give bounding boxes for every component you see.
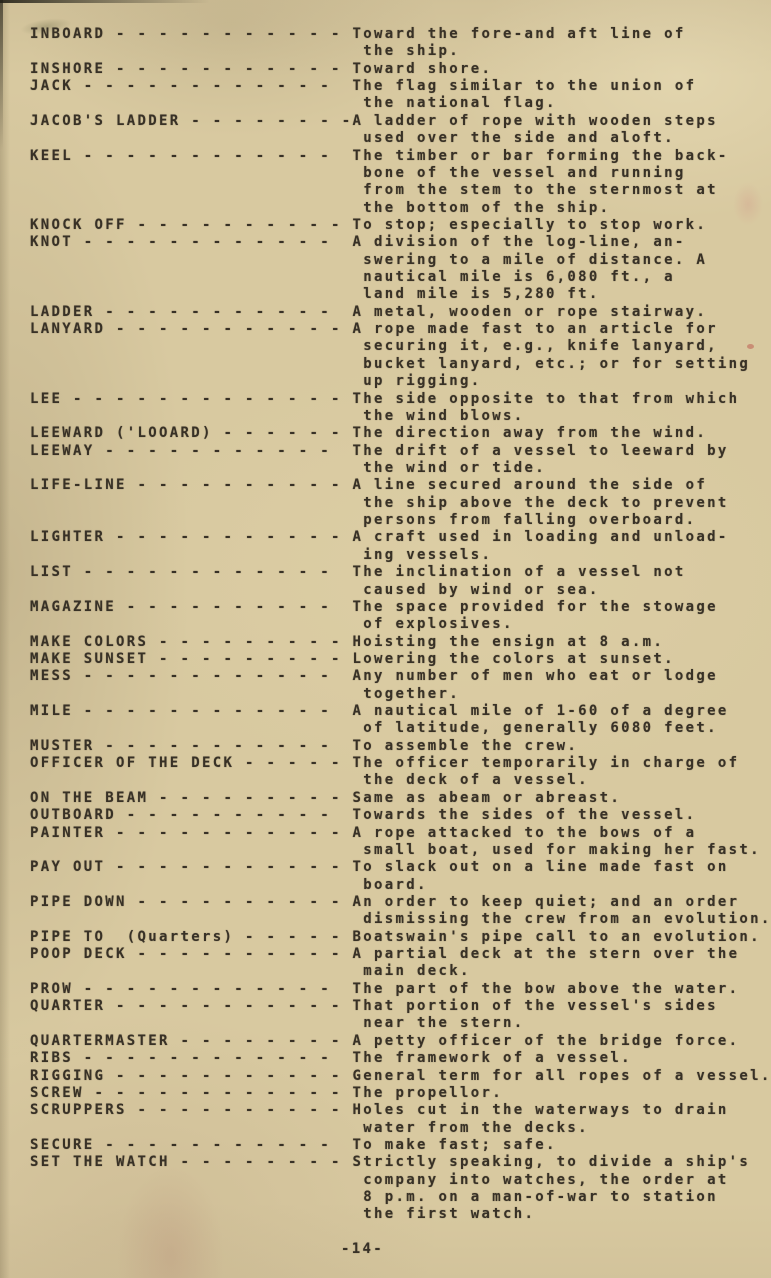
entry-term-line: ON THE BEAM - - - - - - - - - Same as ab… <box>30 790 771 807</box>
entry-term-line: QUARTERMASTER - - - - - - - - A petty of… <box>30 1033 771 1050</box>
entry-term-line: LEEWARD ('LOOARD) - - - - - - The direct… <box>30 425 771 442</box>
glossary-entry: INBOARD - - - - - - - - - - - Toward the… <box>30 26 771 61</box>
entry-continuation-line: up rigging. <box>30 373 771 390</box>
entry-continuation-line: the first watch. <box>30 1206 771 1223</box>
entry-term-line: LANYARD - - - - - - - - - - - A rope mad… <box>30 321 771 338</box>
entry-continuation-line: bucket lanyard, etc.; or for setting <box>30 356 771 373</box>
glossary-entry: QUARTER - - - - - - - - - - - That porti… <box>30 998 771 1033</box>
glossary-entry: POOP DECK - - - - - - - - - - A partial … <box>30 946 771 981</box>
glossary-list: INBOARD - - - - - - - - - - - Toward the… <box>30 26 771 1224</box>
entry-term-line: POOP DECK - - - - - - - - - - A partial … <box>30 946 771 963</box>
entry-term-line: MAGAZINE - - - - - - - - - - The space p… <box>30 599 771 616</box>
entry-continuation-line: board. <box>30 877 771 894</box>
entry-term-line: INSHORE - - - - - - - - - - - Toward sho… <box>30 61 771 78</box>
entry-term-line: RIGGING - - - - - - - - - - - General te… <box>30 1068 771 1085</box>
entry-term-line: LEE - - - - - - - - - - - - - The side o… <box>30 391 771 408</box>
entry-continuation-line: caused by wind or sea. <box>30 582 771 599</box>
entry-continuation-line: 8 p.m. on a man-of-war to station <box>30 1189 771 1206</box>
glossary-entry: SCREW - - - - - - - - - - - - The propel… <box>30 1085 771 1102</box>
entry-term-line: PAINTER - - - - - - - - - - - A rope att… <box>30 825 771 842</box>
entry-continuation-line: land mile is 5,280 ft. <box>30 286 771 303</box>
scanned-page: INBOARD - - - - - - - - - - - Toward the… <box>0 0 771 1278</box>
glossary-entry: RIBS - - - - - - - - - - - - The framewo… <box>30 1050 771 1067</box>
entry-term-line: LEEWAY - - - - - - - - - - - The drift o… <box>30 443 771 460</box>
scan-left-edge-dark <box>0 0 3 150</box>
entry-continuation-line: used over the side and aloft. <box>30 130 771 147</box>
entry-continuation-line: the national flag. <box>30 95 771 112</box>
entry-term-line: SCREW - - - - - - - - - - - - The propel… <box>30 1085 771 1102</box>
entry-continuation-line: of explosives. <box>30 616 771 633</box>
entry-continuation-line: the deck of a vessel. <box>30 772 771 789</box>
entry-term-line: MILE - - - - - - - - - - - - A nautical … <box>30 703 771 720</box>
glossary-entry: LEEWAY - - - - - - - - - - - The drift o… <box>30 443 771 478</box>
entry-term-line: KNOT - - - - - - - - - - - - A division … <box>30 234 771 251</box>
entry-term-line: JACOB'S LADDER - - - - - - - -A ladder o… <box>30 113 771 130</box>
glossary-entry: KNOCK OFF - - - - - - - - - - To stop; e… <box>30 217 771 234</box>
entry-continuation-line: from the stem to the sternmost at <box>30 182 771 199</box>
glossary-entry: LEE - - - - - - - - - - - - - The side o… <box>30 391 771 426</box>
glossary-entry: LADDER - - - - - - - - - - - A metal, wo… <box>30 304 771 321</box>
glossary-entry: MAKE COLORS - - - - - - - - - Hoisting t… <box>30 634 771 651</box>
entry-continuation-line: company into watches, the order at <box>30 1172 771 1189</box>
entry-continuation-line: nautical mile is 6,080 ft., a <box>30 269 771 286</box>
entry-term-line: OFFICER OF THE DECK - - - - - The office… <box>30 755 771 772</box>
entry-continuation-line: the wind blows. <box>30 408 771 425</box>
glossary-entry: JACK - - - - - - - - - - - - The flag si… <box>30 78 771 113</box>
entry-continuation-line: ing vessels. <box>30 547 771 564</box>
glossary-entry: LIFE-LINE - - - - - - - - - - A line sec… <box>30 477 771 529</box>
entry-continuation-line: securing it, e.g., knife lanyard, <box>30 338 771 355</box>
glossary-entry: ON THE BEAM - - - - - - - - - Same as ab… <box>30 790 771 807</box>
glossary-entry: OUTBOARD - - - - - - - - - - Towards the… <box>30 807 771 824</box>
glossary-entry: OFFICER OF THE DECK - - - - - The office… <box>30 755 771 790</box>
glossary-entry: MILE - - - - - - - - - - - - A nautical … <box>30 703 771 738</box>
entry-term-line: PIPE DOWN - - - - - - - - - - An order t… <box>30 894 771 911</box>
entry-continuation-line: the ship above the deck to prevent <box>30 495 771 512</box>
glossary-entry: LIST - - - - - - - - - - - - The inclina… <box>30 564 771 599</box>
entry-term-line: SCRUPPERS - - - - - - - - - - Holes cut … <box>30 1102 771 1119</box>
glossary-entry: KNOT - - - - - - - - - - - - A division … <box>30 234 771 303</box>
entry-term-line: PAY OUT - - - - - - - - - - - To slack o… <box>30 859 771 876</box>
entry-continuation-line: the ship. <box>30 43 771 60</box>
glossary-entry: PAINTER - - - - - - - - - - - A rope att… <box>30 825 771 860</box>
scan-left-edge-shadow <box>0 0 10 1278</box>
glossary-entry: MUSTER - - - - - - - - - - - To assemble… <box>30 738 771 755</box>
glossary-entry: PIPE TO (Quarters) - - - - - Boatswain's… <box>30 929 771 946</box>
entry-term-line: LADDER - - - - - - - - - - - A metal, wo… <box>30 304 771 321</box>
glossary-entry: PROW - - - - - - - - - - - - The part of… <box>30 981 771 998</box>
entry-term-line: INBOARD - - - - - - - - - - - Toward the… <box>30 26 771 43</box>
entry-term-line: RIBS - - - - - - - - - - - - The framewo… <box>30 1050 771 1067</box>
entry-term-line: LIGHTER - - - - - - - - - - - A craft us… <box>30 529 771 546</box>
entry-term-line: LIFE-LINE - - - - - - - - - - A line sec… <box>30 477 771 494</box>
entry-continuation-line: dismissing the crew from an evolution. <box>30 911 771 928</box>
glossary-entry: LANYARD - - - - - - - - - - - A rope mad… <box>30 321 771 390</box>
glossary-entry: MESS - - - - - - - - - - - - Any number … <box>30 668 771 703</box>
glossary-entry: SECURE - - - - - - - - - - - To make fas… <box>30 1137 771 1154</box>
glossary-entry: LEEWARD ('LOOARD) - - - - - - The direct… <box>30 425 771 442</box>
entry-continuation-line: water from the decks. <box>30 1120 771 1137</box>
entry-continuation-line: bone of the vessel and running <box>30 165 771 182</box>
glossary-entry: INSHORE - - - - - - - - - - - Toward sho… <box>30 61 771 78</box>
scan-top-edge-strip <box>0 0 210 3</box>
entry-term-line: JACK - - - - - - - - - - - - The flag si… <box>30 78 771 95</box>
entry-term-line: SET THE WATCH - - - - - - - - Strictly s… <box>30 1154 771 1171</box>
entry-continuation-line: together. <box>30 686 771 703</box>
glossary-entry: JACOB'S LADDER - - - - - - - -A ladder o… <box>30 113 771 148</box>
entry-continuation-line: the bottom of the ship. <box>30 200 771 217</box>
entry-term-line: OUTBOARD - - - - - - - - - - Towards the… <box>30 807 771 824</box>
entry-continuation-line: of latitude, generally 6080 feet. <box>30 720 771 737</box>
entry-term-line: MAKE COLORS - - - - - - - - - Hoisting t… <box>30 634 771 651</box>
entry-term-line: KEEL - - - - - - - - - - - - The timber … <box>30 148 771 165</box>
glossary-entry: MAKE SUNSET - - - - - - - - - Lowering t… <box>30 651 771 668</box>
entry-continuation-line: the wind or tide. <box>30 460 771 477</box>
glossary-entry: PIPE DOWN - - - - - - - - - - An order t… <box>30 894 771 929</box>
entry-continuation-line: persons from falling overboard. <box>30 512 771 529</box>
entry-term-line: MUSTER - - - - - - - - - - - To assemble… <box>30 738 771 755</box>
glossary-entry: KEEL - - - - - - - - - - - - The timber … <box>30 148 771 217</box>
glossary-entry: PAY OUT - - - - - - - - - - - To slack o… <box>30 859 771 894</box>
entry-term-line: PROW - - - - - - - - - - - - The part of… <box>30 981 771 998</box>
entry-continuation-line: small boat, used for making her fast. <box>30 842 771 859</box>
glossary-entry: MAGAZINE - - - - - - - - - - The space p… <box>30 599 771 634</box>
entry-continuation-line: swering to a mile of distance. A <box>30 252 771 269</box>
entry-term-line: MESS - - - - - - - - - - - - Any number … <box>30 668 771 685</box>
entry-term-line: MAKE SUNSET - - - - - - - - - Lowering t… <box>30 651 771 668</box>
entry-term-line: SECURE - - - - - - - - - - - To make fas… <box>30 1137 771 1154</box>
page-number: -14- <box>341 1241 384 1258</box>
entry-continuation-line: main deck. <box>30 963 771 980</box>
glossary-entry: LIGHTER - - - - - - - - - - - A craft us… <box>30 529 771 564</box>
entry-term-line: KNOCK OFF - - - - - - - - - - To stop; e… <box>30 217 771 234</box>
glossary-entry: RIGGING - - - - - - - - - - - General te… <box>30 1068 771 1085</box>
glossary-entry: SCRUPPERS - - - - - - - - - - Holes cut … <box>30 1102 771 1137</box>
entry-term-line: LIST - - - - - - - - - - - - The inclina… <box>30 564 771 581</box>
entry-continuation-line: near the stern. <box>30 1015 771 1032</box>
glossary-entry: QUARTERMASTER - - - - - - - - A petty of… <box>30 1033 771 1050</box>
entry-term-line: PIPE TO (Quarters) - - - - - Boatswain's… <box>30 929 771 946</box>
glossary-entry: SET THE WATCH - - - - - - - - Strictly s… <box>30 1154 771 1223</box>
entry-term-line: QUARTER - - - - - - - - - - - That porti… <box>30 998 771 1015</box>
